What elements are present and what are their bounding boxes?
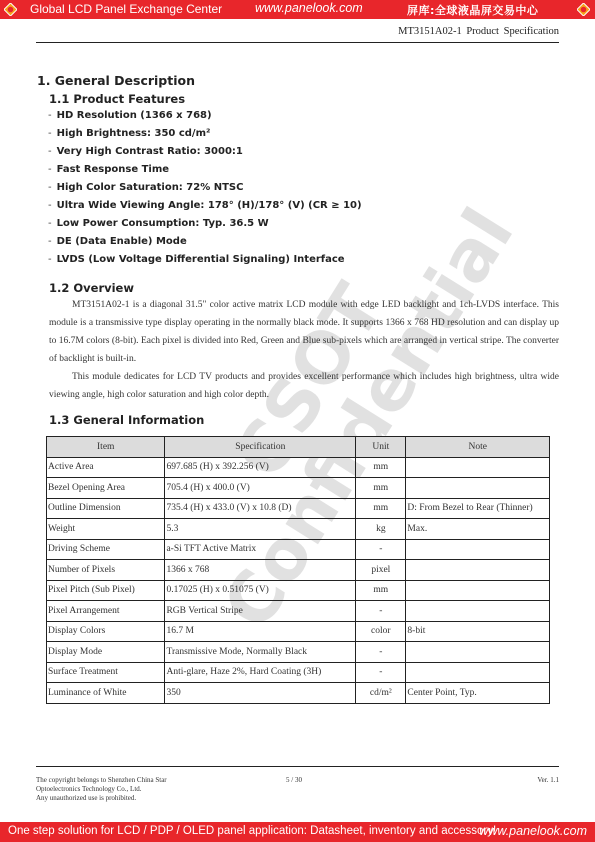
- feature-item: -LVDS (Low Voltage Differential Signalin…: [48, 254, 345, 265]
- bottom-banner-url-link[interactable]: www.panelook.com: [479, 824, 587, 838]
- top-banner: Global LCD Panel Exchange Center www.pan…: [0, 0, 595, 19]
- table-cell: Max.: [406, 519, 550, 540]
- table-cell: 8-bit: [406, 621, 550, 642]
- table-cell: [406, 580, 550, 601]
- table-cell: -: [356, 539, 406, 560]
- table-cell: Transmissive Mode, Normally Black: [165, 642, 356, 663]
- banner-url-link[interactable]: www.panelook.com: [255, 1, 363, 15]
- table-cell: Outline Dimension: [47, 498, 165, 519]
- subsection-title-overview: 1.2 Overview: [49, 281, 134, 295]
- table-cell: 0.17025 (H) x 0.51075 (V): [165, 580, 356, 601]
- document-header: MT3151A02-1 Product Specification: [398, 26, 559, 37]
- table-cell: Display Mode: [47, 642, 165, 663]
- overview-paragraph: This module dedicates for LCD TV product…: [49, 368, 559, 404]
- table-cell: 705.4 (H) x 400.0 (V): [165, 478, 356, 499]
- table-cell: -: [356, 601, 406, 622]
- overview-paragraph: MT3151A02-1 is a diagonal 31.5" color ac…: [49, 296, 559, 368]
- table-cell: D: From Bezel to Rear (Thinner): [406, 498, 550, 519]
- subsection-title-features: 1.1 Product Features: [49, 92, 185, 106]
- general-info-table: ItemSpecificationUnitNote Active Area697…: [46, 436, 550, 704]
- feature-item: -HD Resolution (1366 x 768): [48, 110, 212, 121]
- table-row: Weight5.3kgMax.: [47, 519, 550, 540]
- table-cell: 1366 x 768: [165, 560, 356, 581]
- table-cell: color: [356, 621, 406, 642]
- table-cell: Display Colors: [47, 621, 165, 642]
- banner-chinese-title: 屏库:全球液晶屏交易中心: [407, 2, 538, 18]
- footer-divider: [36, 766, 559, 767]
- feature-item: -High Color Saturation: 72% NTSC: [48, 182, 243, 193]
- column-header: Specification: [165, 437, 356, 458]
- table-row: Bezel Opening Area705.4 (H) x 400.0 (V)m…: [47, 478, 550, 499]
- table-cell: Pixel Arrangement: [47, 601, 165, 622]
- table-cell: Pixel Pitch (Sub Pixel): [47, 580, 165, 601]
- feature-item: -High Brightness: 350 cd/m²: [48, 128, 210, 139]
- table-cell: [406, 560, 550, 581]
- table-header-row: ItemSpecificationUnitNote: [47, 437, 550, 458]
- feature-item: -Fast Response Time: [48, 164, 169, 175]
- table-cell: Driving Scheme: [47, 539, 165, 560]
- table-row: Display Colors16.7 Mcolor8-bit: [47, 621, 550, 642]
- table-cell: [406, 539, 550, 560]
- panelook-logo-icon: [577, 3, 590, 16]
- page-number: 5 / 30: [286, 776, 302, 784]
- table-cell: 697.685 (H) x 392.256 (V): [165, 457, 356, 478]
- table-cell: Active Area: [47, 457, 165, 478]
- feature-item: -Low Power Consumption: Typ. 36.5 W: [48, 218, 269, 229]
- table-cell: mm: [356, 580, 406, 601]
- table-cell: 5.3: [165, 519, 356, 540]
- table-cell: 735.4 (H) x 433.0 (V) x 10.8 (D): [165, 498, 356, 519]
- table-cell: [406, 642, 550, 663]
- table-cell: mm: [356, 457, 406, 478]
- table-cell: pixel: [356, 560, 406, 581]
- table-row: Number of Pixels1366 x 768pixel: [47, 560, 550, 581]
- feature-item: -DE (Data Enable) Mode: [48, 236, 187, 247]
- header-divider: [36, 42, 559, 43]
- table-row: Display ModeTransmissive Mode, Normally …: [47, 642, 550, 663]
- table-cell: [406, 478, 550, 499]
- bottom-banner-text: One step solution for LCD / PDP / OLED p…: [8, 825, 496, 837]
- table-cell: Bezel Opening Area: [47, 478, 165, 499]
- column-header: Note: [406, 437, 550, 458]
- feature-item: -Very High Contrast Ratio: 3000:1: [48, 146, 243, 157]
- table-row: Pixel Pitch (Sub Pixel)0.17025 (H) x 0.5…: [47, 580, 550, 601]
- table-cell: Center Point, Typ.: [406, 683, 550, 704]
- table-row: Driving Schemea-Si TFT Active Matrix-: [47, 539, 550, 560]
- table-cell: Luminance of White: [47, 683, 165, 704]
- table-cell: -: [356, 662, 406, 683]
- version-label: Ver. 1.1: [537, 776, 559, 784]
- section-title: 1. General Description: [37, 73, 195, 88]
- table-cell: a-Si TFT Active Matrix: [165, 539, 356, 560]
- feature-item: -Ultra Wide Viewing Angle: 178° (H)/178°…: [48, 200, 362, 211]
- table-cell: [406, 457, 550, 478]
- table-cell: [406, 662, 550, 683]
- table-cell: Number of Pixels: [47, 560, 165, 581]
- table-cell: Anti-glare, Haze 2%, Hard Coating (3H): [165, 662, 356, 683]
- bottom-banner: One step solution for LCD / PDP / OLED p…: [0, 822, 595, 842]
- table-cell: Surface Treatment: [47, 662, 165, 683]
- table-cell: mm: [356, 478, 406, 499]
- table-cell: 350: [165, 683, 356, 704]
- table-cell: 16.7 M: [165, 621, 356, 642]
- table-row: Pixel ArrangementRGB Vertical Stripe-: [47, 601, 550, 622]
- panelook-logo-icon: [4, 3, 17, 16]
- table-row: Active Area697.685 (H) x 392.256 (V)mm: [47, 457, 550, 478]
- table-cell: kg: [356, 519, 406, 540]
- banner-title: Global LCD Panel Exchange Center: [30, 2, 222, 16]
- table-row: Luminance of White350cd/m²Center Point, …: [47, 683, 550, 704]
- table-row: Surface TreatmentAnti-glare, Haze 2%, Ha…: [47, 662, 550, 683]
- table-cell: Weight: [47, 519, 165, 540]
- table-cell: [406, 601, 550, 622]
- table-cell: mm: [356, 498, 406, 519]
- subsection-title-general-info: 1.3 General Information: [49, 413, 204, 427]
- table-cell: -: [356, 642, 406, 663]
- column-header: Item: [47, 437, 165, 458]
- column-header: Unit: [356, 437, 406, 458]
- footer-copyright: The copyright belongs to Shenzhen China …: [36, 776, 167, 803]
- table-cell: cd/m²: [356, 683, 406, 704]
- table-cell: RGB Vertical Stripe: [165, 601, 356, 622]
- table-row: Outline Dimension735.4 (H) x 433.0 (V) x…: [47, 498, 550, 519]
